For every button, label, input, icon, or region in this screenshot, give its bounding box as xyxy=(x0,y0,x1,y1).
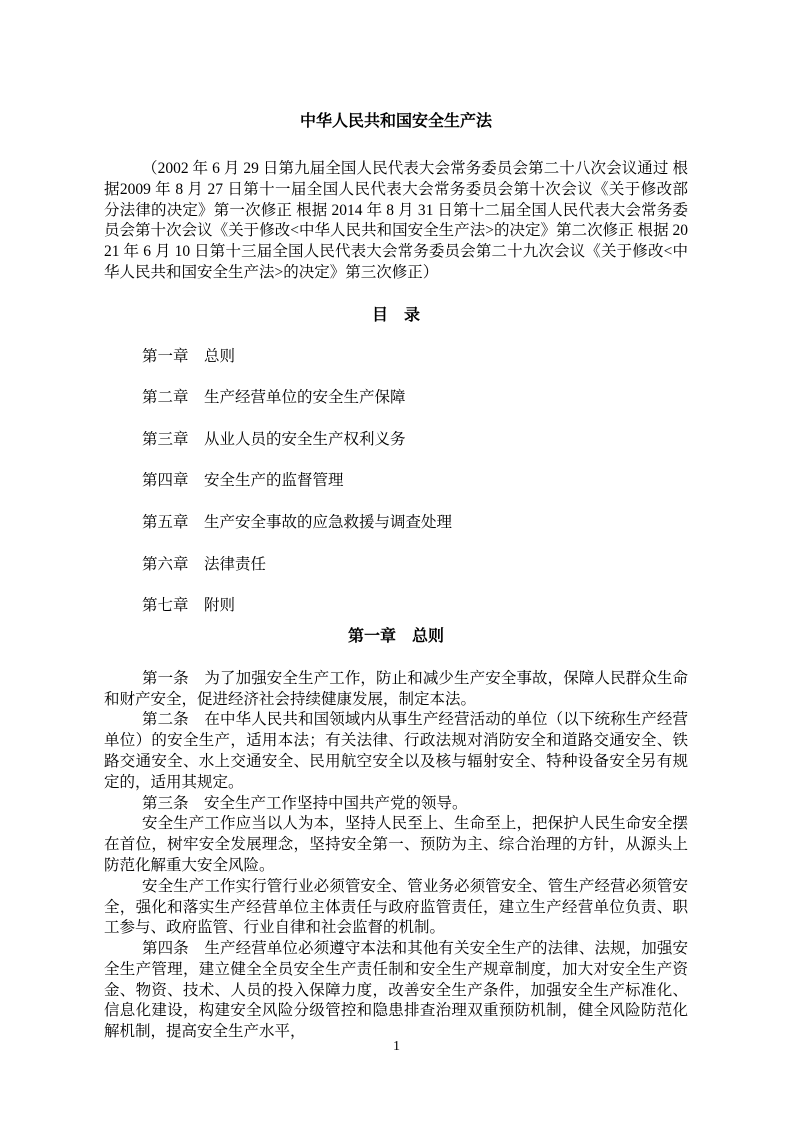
toc-item-chapter-7: 第七章 附则 xyxy=(104,596,688,617)
chapter-1-heading: 第一章 总则 xyxy=(104,627,688,648)
article-1-paragraph: 第一条 为了加强安全生产工作，防止和减少生产安全事故，保障人民群众生命和财产安全… xyxy=(104,669,688,711)
toc-item-chapter-3: 第三章 从业人员的安全生产权利义务 xyxy=(104,430,688,451)
page-number: 1 xyxy=(0,1038,793,1056)
article-3-paragraph-2: 安全生产工作应当以人为本，坚持人民至上、生命至上，把保护人民生命安全摆在首位，树… xyxy=(104,814,688,876)
article-3-paragraph-1: 第三条 安全生产工作坚持中国共产党的领导。 xyxy=(104,794,688,815)
chapter-1-body: 第一条 为了加强安全生产工作，防止和减少生产安全事故，保障人民群众生命和财产安全… xyxy=(104,669,688,1043)
article-3-paragraph-3: 安全生产工作实行管行业必须管安全、管业务必须管安全、管生产经营必须管安全，强化和… xyxy=(104,877,688,939)
preamble-paragraph: （2002 年 6 月 29 日第九届全国人民代表大会常务委员会第二十八次会议通… xyxy=(104,159,688,284)
toc-item-chapter-6: 第六章 法律责任 xyxy=(104,555,688,576)
article-2-paragraph: 第二条 在中华人民共和国领域内从事生产经营活动的单位（以下统称生产经营单位）的安… xyxy=(104,710,688,793)
toc-list: 第一章 总则 第二章 生产经营单位的安全生产保障 第三章 从业人员的安全生产权利… xyxy=(104,347,688,617)
toc-heading: 目 录 xyxy=(104,306,688,327)
toc-item-chapter-1: 第一章 总则 xyxy=(104,347,688,368)
toc-item-chapter-5: 第五章 生产安全事故的应急救援与调查处理 xyxy=(104,513,688,534)
toc-item-chapter-2: 第二章 生产经营单位的安全生产保障 xyxy=(104,388,688,409)
document-title: 中华人民共和国安全生产法 xyxy=(104,112,688,132)
document-page: 中华人民共和国安全生产法 （2002 年 6 月 29 日第九届全国人民代表大会… xyxy=(0,0,793,1122)
article-4-paragraph: 第四条 生产经营单位必须遵守本法和其他有关安全生产的法律、法规，加强安全生产管理… xyxy=(104,939,688,1043)
toc-item-chapter-4: 第四章 安全生产的监督管理 xyxy=(104,471,688,492)
